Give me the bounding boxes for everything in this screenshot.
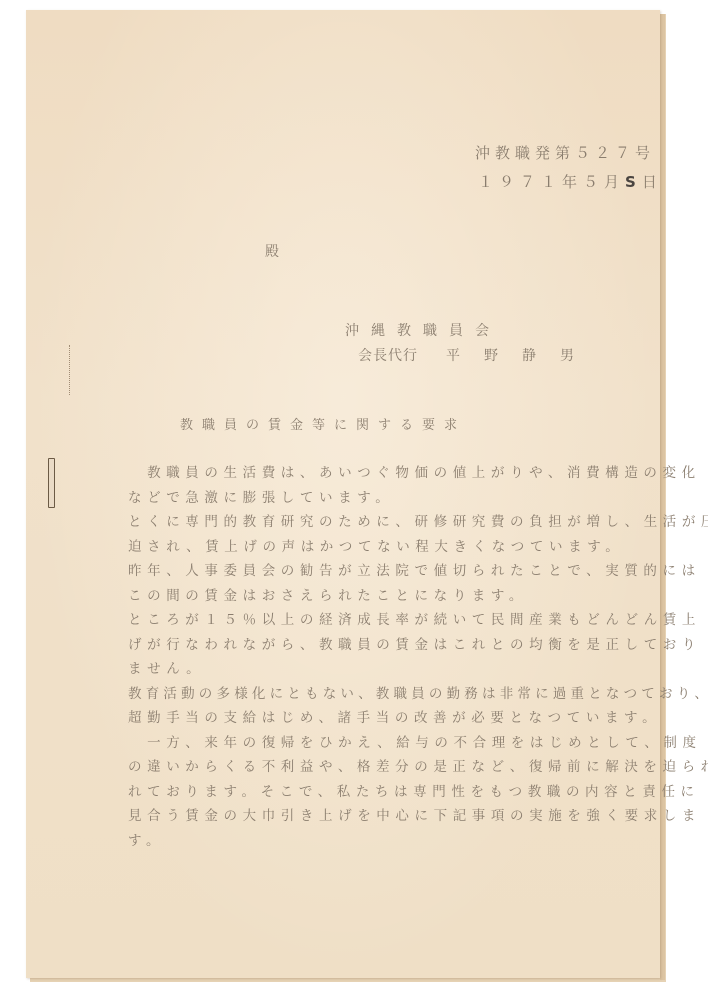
body-line: 一方、来年の復帰をひかえ、給与の不合理をはじめとして、制度: [128, 731, 648, 756]
body-line: 見合う賃金の大巾引き上げを中心に下記事項の実施を強く要求しま: [128, 804, 648, 829]
staple-icon: [48, 458, 55, 508]
body-line: 教育活動の多様化にともない、教職員の勤務は非常に過重となつており、: [128, 682, 648, 707]
body-line: とくに専門的教育研究のために、研修研究費の負担が増し、生活が圧: [128, 510, 648, 535]
document-title: 教職員の賃金等に関する要求: [180, 414, 466, 433]
body-line: げが行なわれながら、教職員の賃金はこれとの均衡を是正しており: [128, 633, 648, 658]
body-line: 昨年、人事委員会の勧告が立法院で値切られたことで、実質的には: [128, 559, 648, 584]
sender-organization: 沖縄教職員会: [345, 320, 501, 340]
body-line: す。: [128, 829, 648, 854]
date-suffix: 日: [642, 173, 663, 191]
body-line: 超勤手当の支給はじめ、諸手当の改善が必要となつています。: [128, 706, 648, 731]
document-body: 教職員の生活費は、あいつぐ物価の値上がりや、消費構造の変化 などで急激に膨張して…: [128, 461, 648, 853]
body-line: ません。: [128, 657, 648, 682]
scanned-document-photo: 沖教職発第５２７号 １９７１年５月S日 殿 沖縄教職員会 会長代行平野静男 教職…: [0, 0, 708, 1000]
body-line: 迫され、賃上げの声はかつてない程大きくなつています。: [128, 535, 648, 560]
body-line: ところが１５％以上の経済成長率が続いて民間産業もどんどん賃上: [128, 608, 648, 633]
addressee-suffix: 殿: [265, 241, 279, 261]
body-line: 教職員の生活費は、あいつぐ物価の値上がりや、消費構造の変化: [128, 461, 648, 486]
page-stack-edge: [660, 14, 665, 980]
body-line: れております。そこで、私たちは専門性をもつ教職の内容と責任に: [128, 780, 648, 805]
body-line: などで急激に膨張しています。: [128, 486, 648, 511]
document-date: １９７１年５月S日: [478, 171, 663, 192]
body-line: この間の賃金はおさえられたことになります。: [128, 584, 648, 609]
sender-signatory: 会長代行平野静男: [358, 345, 598, 365]
sender-role: 会長代行: [358, 348, 418, 364]
body-line: の違いからくる不利益や、格差分の是正など、復帰前に解決を迫られ: [128, 755, 648, 780]
date-typed: １９７１年５月: [478, 173, 625, 191]
date-stamp-day: S: [625, 173, 642, 191]
sender-name: 平野静男: [446, 348, 598, 364]
perforation-mark: [69, 345, 71, 395]
reference-number: 沖教職発第５２７号: [475, 142, 655, 163]
